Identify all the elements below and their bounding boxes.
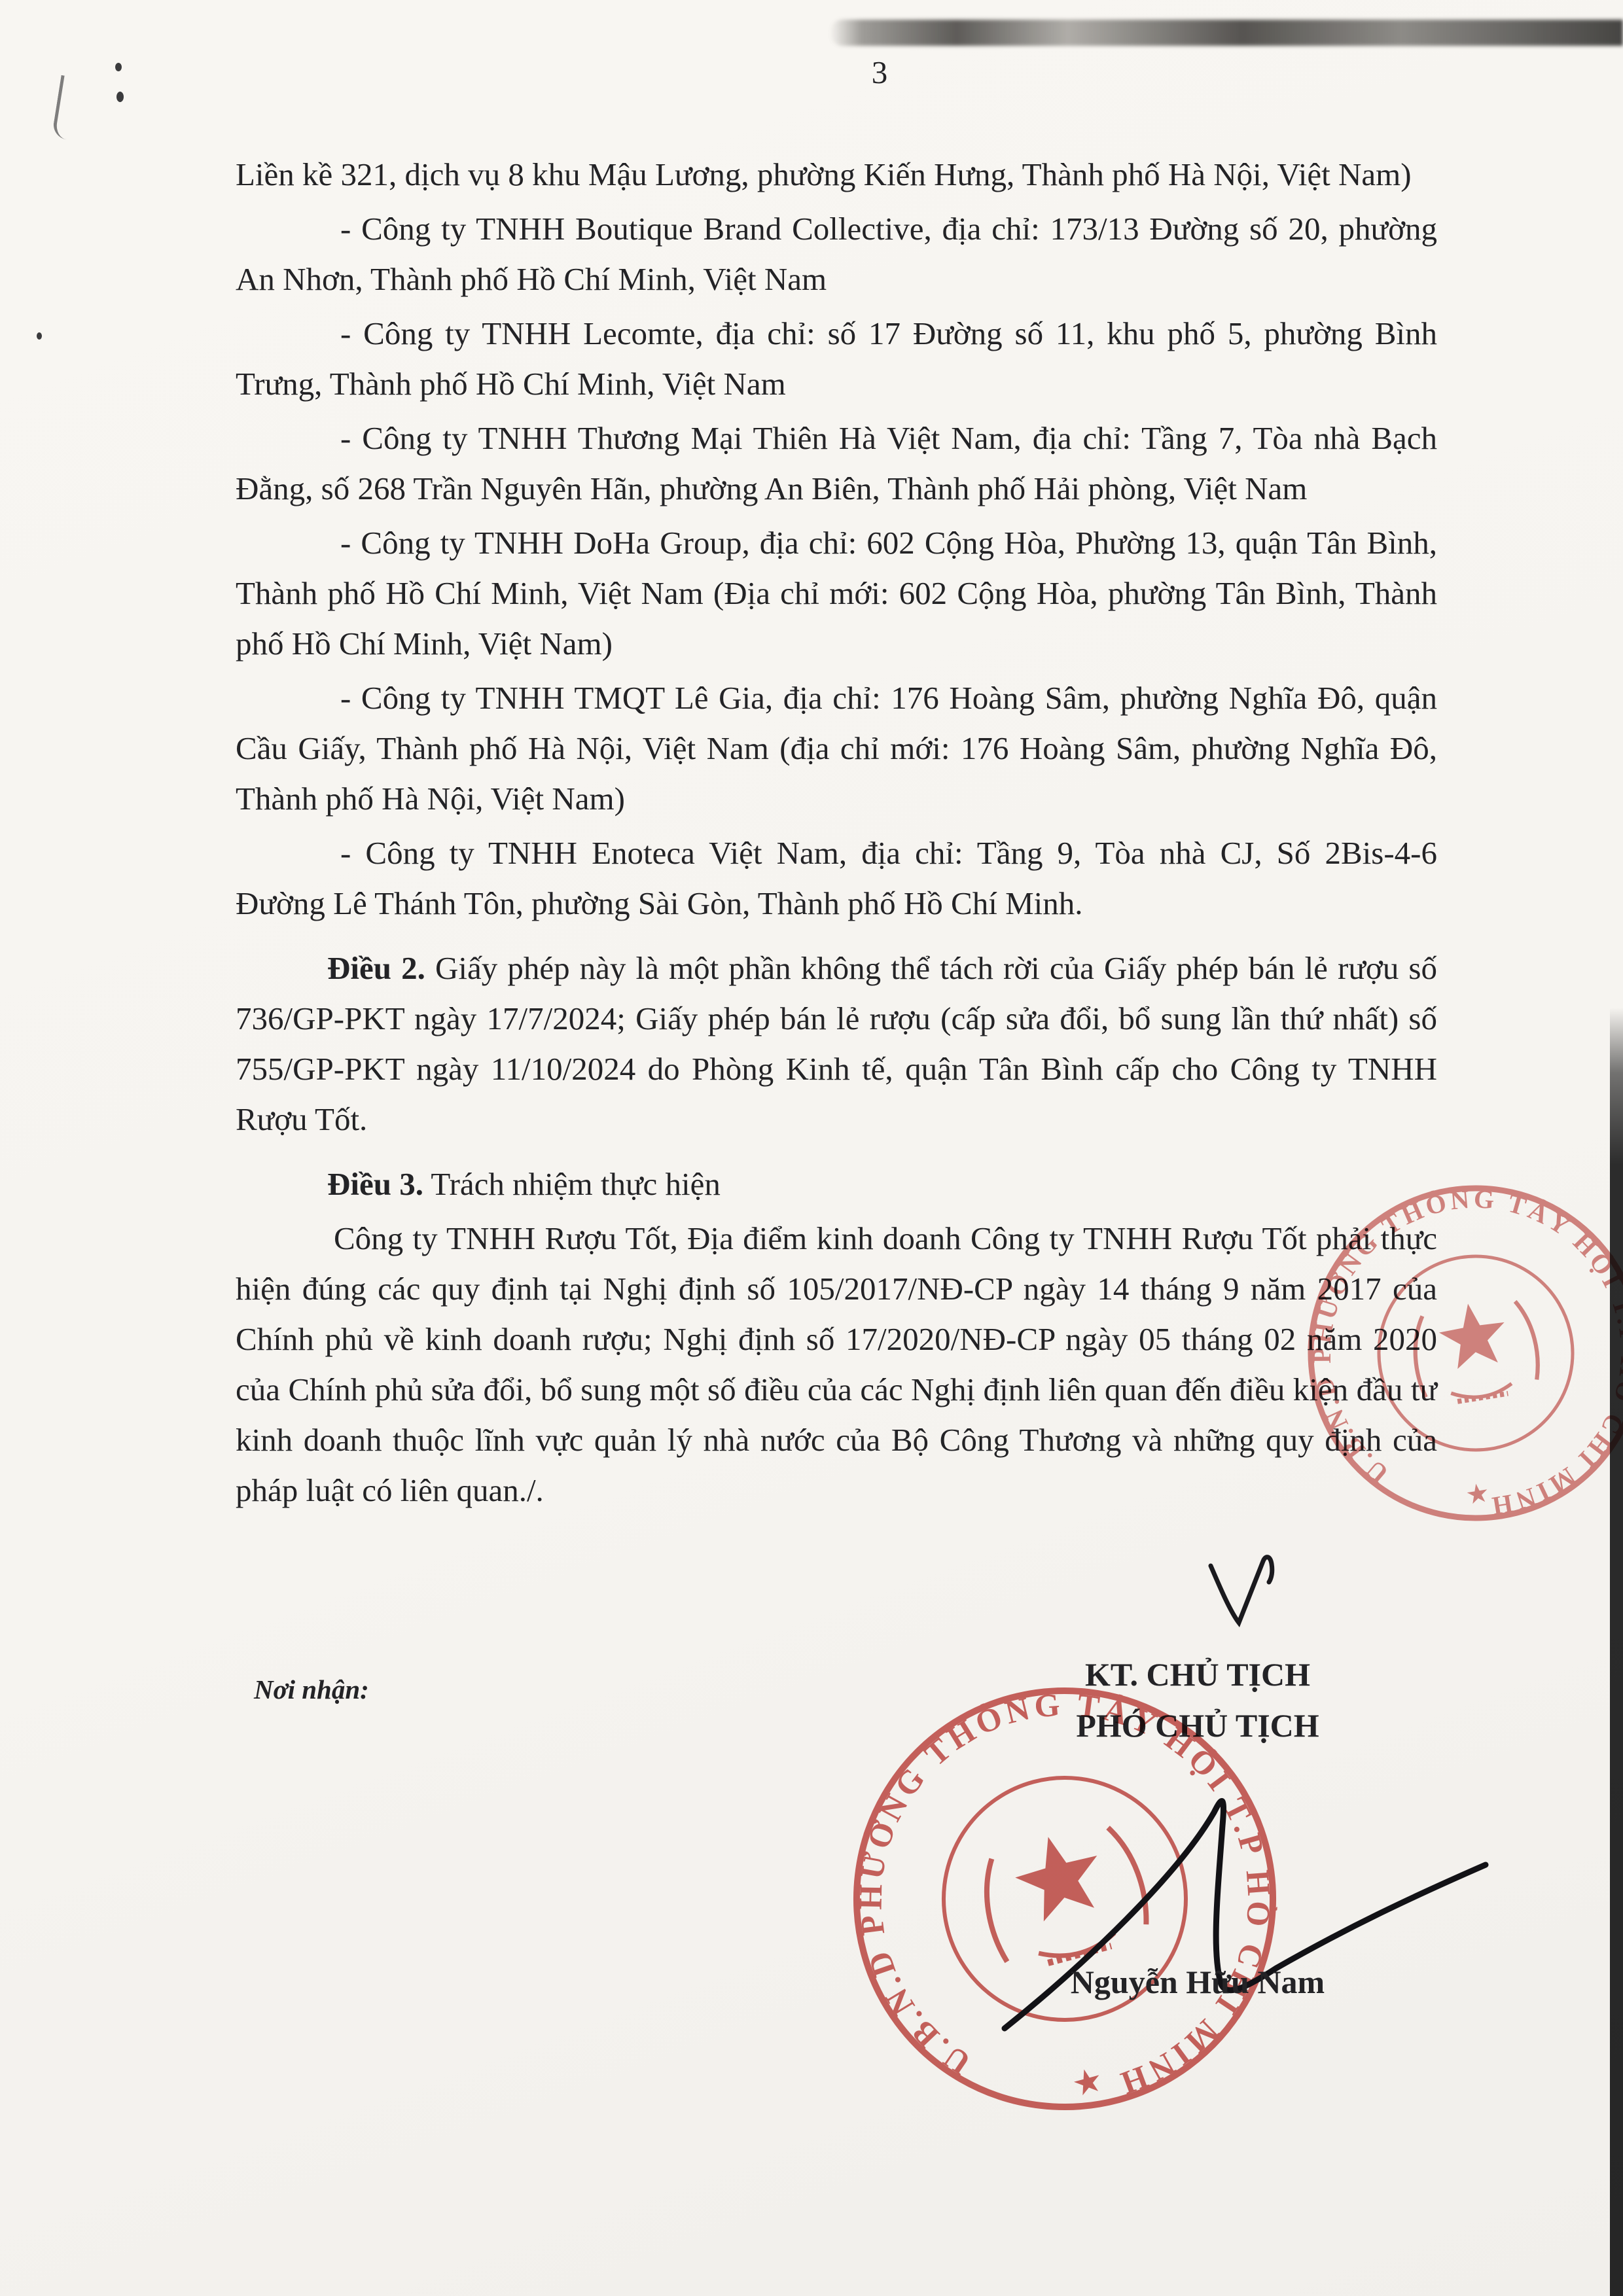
- paragraph-text: Liền kề 321, dịch vụ 8 khu Mậu Lương, ph…: [236, 156, 1412, 192]
- handwritten-signature: [982, 1767, 1518, 2048]
- body-paragraph: - Công ty TNHH TMQT Lê Gia, địa chỉ: 176…: [236, 673, 1437, 824]
- body-paragraph: Điều 2. Giấy phép này là một phần không …: [236, 943, 1437, 1144]
- paragraph-text: - Công ty TNHH Thương Mại Thiên Hà Việt …: [236, 420, 1437, 506]
- paragraph-text: - Công ty TNHH Enoteca Việt Nam, địa chỉ…: [236, 835, 1437, 921]
- ink-dot: [37, 332, 42, 340]
- national-emblem-icon: [1408, 1294, 1543, 1407]
- article-label: Điều 2.: [327, 950, 425, 986]
- body-paragraph: - Công ty TNHH Boutique Brand Collective…: [236, 203, 1437, 304]
- body-paragraph: Liền kề 321, dịch vụ 8 khu Mậu Lương, ph…: [236, 149, 1437, 200]
- body-paragraph: Điều 3. Trách nhiệm thực hiện: [236, 1159, 1437, 1209]
- seal-star-separator: ★: [1465, 1479, 1490, 1509]
- signer-name: Nguyễn Hữu Nam: [969, 1963, 1427, 2001]
- official-red-seal-upper: U.B.N.D PHƯỜNG THÔNG TÂY HỘI T.P HỒ CHÍ …: [1266, 1144, 1623, 1563]
- body-paragraph: Công ty TNHH Rượu Tốt, Địa điểm kinh doa…: [236, 1213, 1437, 1515]
- body-paragraph: - Công ty TNHH Enoteca Việt Nam, địa chỉ…: [236, 828, 1437, 928]
- article-label: Điều 3.: [327, 1166, 423, 1202]
- page-number: 3: [849, 54, 910, 91]
- recipients-title: Nơi nhận:: [254, 1667, 369, 1712]
- paragraph-text: - Công ty TNHH DoHa Group, địa chỉ: 602 …: [236, 525, 1437, 662]
- paragraph-text: Công ty TNHH Rượu Tốt, Địa điểm kinh doa…: [236, 1220, 1437, 1508]
- paragraph-text: Trách nhiệm thực hiện: [423, 1166, 721, 1202]
- scanned-document-page: 3 Liền kề 321, dịch vụ 8 khu Mậu Lương, …: [0, 0, 1623, 2296]
- recipients-block: Nơi nhận:: [254, 1667, 369, 1716]
- body-paragraph: - Công ty TNHH Lecomte, địa chỉ: số 17 Đ…: [236, 308, 1437, 409]
- seal-star-separator: ★: [1070, 2062, 1105, 2102]
- ink-dot: [115, 63, 122, 71]
- scan-smudge-band: [830, 20, 1623, 46]
- paragraph-text: - Công ty TNHH Lecomte, địa chỉ: số 17 Đ…: [236, 315, 1437, 402]
- scan-mark: [52, 75, 77, 139]
- body-paragraph: - Công ty TNHH DoHa Group, địa chỉ: 602 …: [236, 518, 1437, 669]
- ink-dot: [116, 92, 124, 102]
- body-paragraph: - Công ty TNHH Thương Mại Thiên Hà Việt …: [236, 413, 1437, 514]
- paragraph-text: - Công ty TNHH TMQT Lê Gia, địa chỉ: 176…: [236, 680, 1437, 817]
- document-body: Liền kề 321, dịch vụ 8 khu Mậu Lương, ph…: [236, 149, 1437, 1519]
- paragraph-text: - Công ty TNHH Boutique Brand Collective…: [236, 211, 1437, 297]
